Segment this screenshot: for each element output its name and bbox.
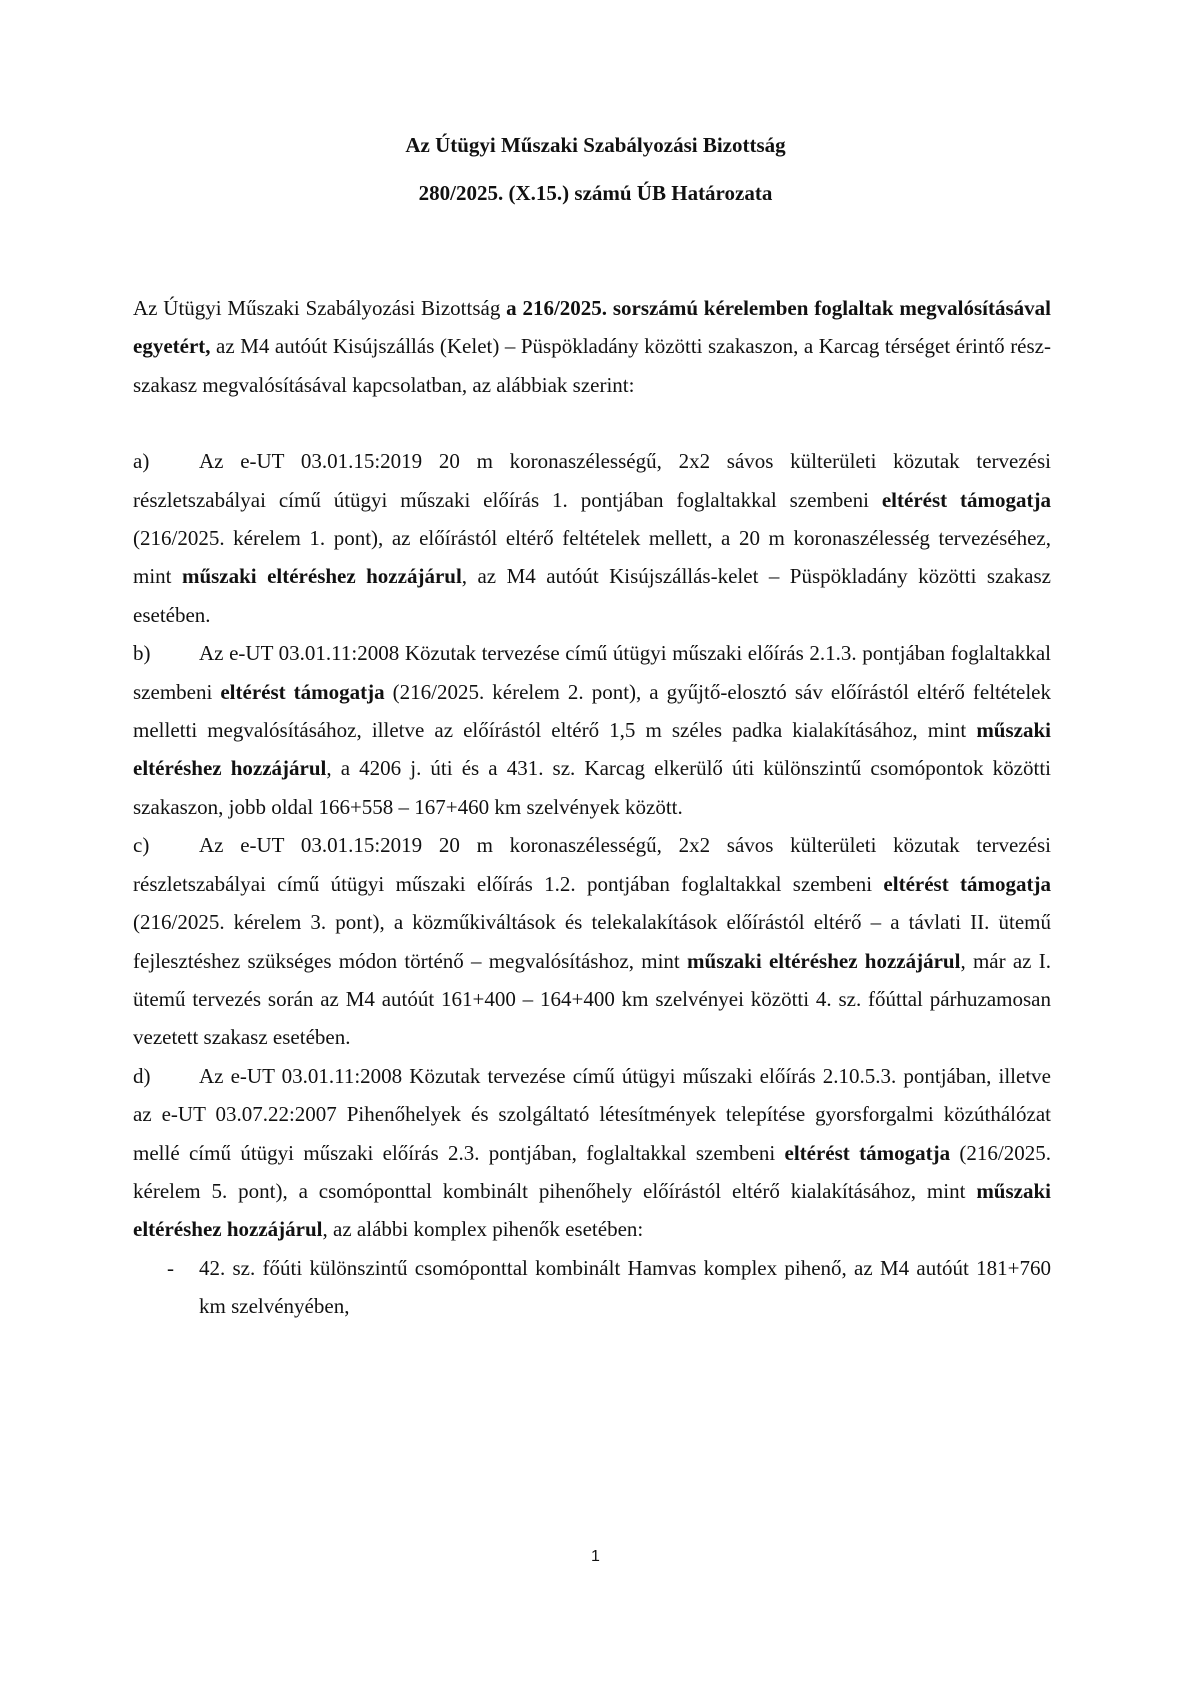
bold-phrase: eltérést támogatja bbox=[882, 488, 1051, 512]
bullet-dash: - bbox=[167, 1249, 174, 1287]
item-label: a) bbox=[133, 442, 199, 480]
bold-phrase: eltérést támogatja bbox=[883, 872, 1051, 896]
text-run: , az alábbi komplex pihenők esetében: bbox=[323, 1217, 644, 1241]
bold-phrase: eltérést támogatja bbox=[785, 1141, 951, 1165]
page-number: 1 bbox=[0, 1548, 1191, 1566]
resolution-item: c)Az e-UT 03.01.15:2019 20 m koronaszéle… bbox=[133, 826, 1051, 1056]
item-label: c) bbox=[133, 826, 199, 864]
document-title-line2: 280/2025. (X.15.) számú ÚB Határozata bbox=[0, 181, 1191, 206]
bold-phrase: eltérést támogatja bbox=[220, 680, 384, 704]
resolution-items: a)Az e-UT 03.01.15:2019 20 m koronaszéle… bbox=[133, 442, 1051, 1249]
item-label: b) bbox=[133, 634, 199, 672]
text-run: az M4 autóút Kisújszállás (Kelet) – Püsp… bbox=[133, 334, 1051, 396]
intro-paragraph: Az Útügyi Műszaki Szabályozási Bizottság… bbox=[133, 289, 1051, 404]
resolution-item: b)Az e-UT 03.01.11:2008 Közutak tervezés… bbox=[133, 634, 1051, 826]
document-body: Az Útügyi Műszaki Szabályozási Bizottság… bbox=[133, 289, 1051, 1326]
document-title-line1: Az Útügyi Műszaki Szabályozási Bizottság bbox=[0, 133, 1191, 158]
resolution-item: a)Az e-UT 03.01.15:2019 20 m koronaszéle… bbox=[133, 442, 1051, 634]
bullet-text: 42. sz. főúti különszintű csomóponttal k… bbox=[199, 1256, 1051, 1318]
bullet-item: -42. sz. főúti különszintű csomóponttal … bbox=[133, 1249, 1051, 1326]
document-page: Az Útügyi Műszaki Szabályozási Bizottság… bbox=[0, 0, 1191, 1684]
text-run: Az Útügyi Műszaki Szabályozási Bizottság bbox=[133, 296, 506, 320]
resolution-item: d)Az e-UT 03.01.11:2008 Közutak tervezés… bbox=[133, 1057, 1051, 1249]
item-label: d) bbox=[133, 1057, 199, 1095]
bold-phrase: műszaki eltéréshez hozzájárul bbox=[687, 949, 960, 973]
bold-phrase: műszaki eltéréshez hozzájárul bbox=[182, 564, 462, 588]
bullet-list: -42. sz. főúti különszintű csomóponttal … bbox=[133, 1249, 1051, 1326]
